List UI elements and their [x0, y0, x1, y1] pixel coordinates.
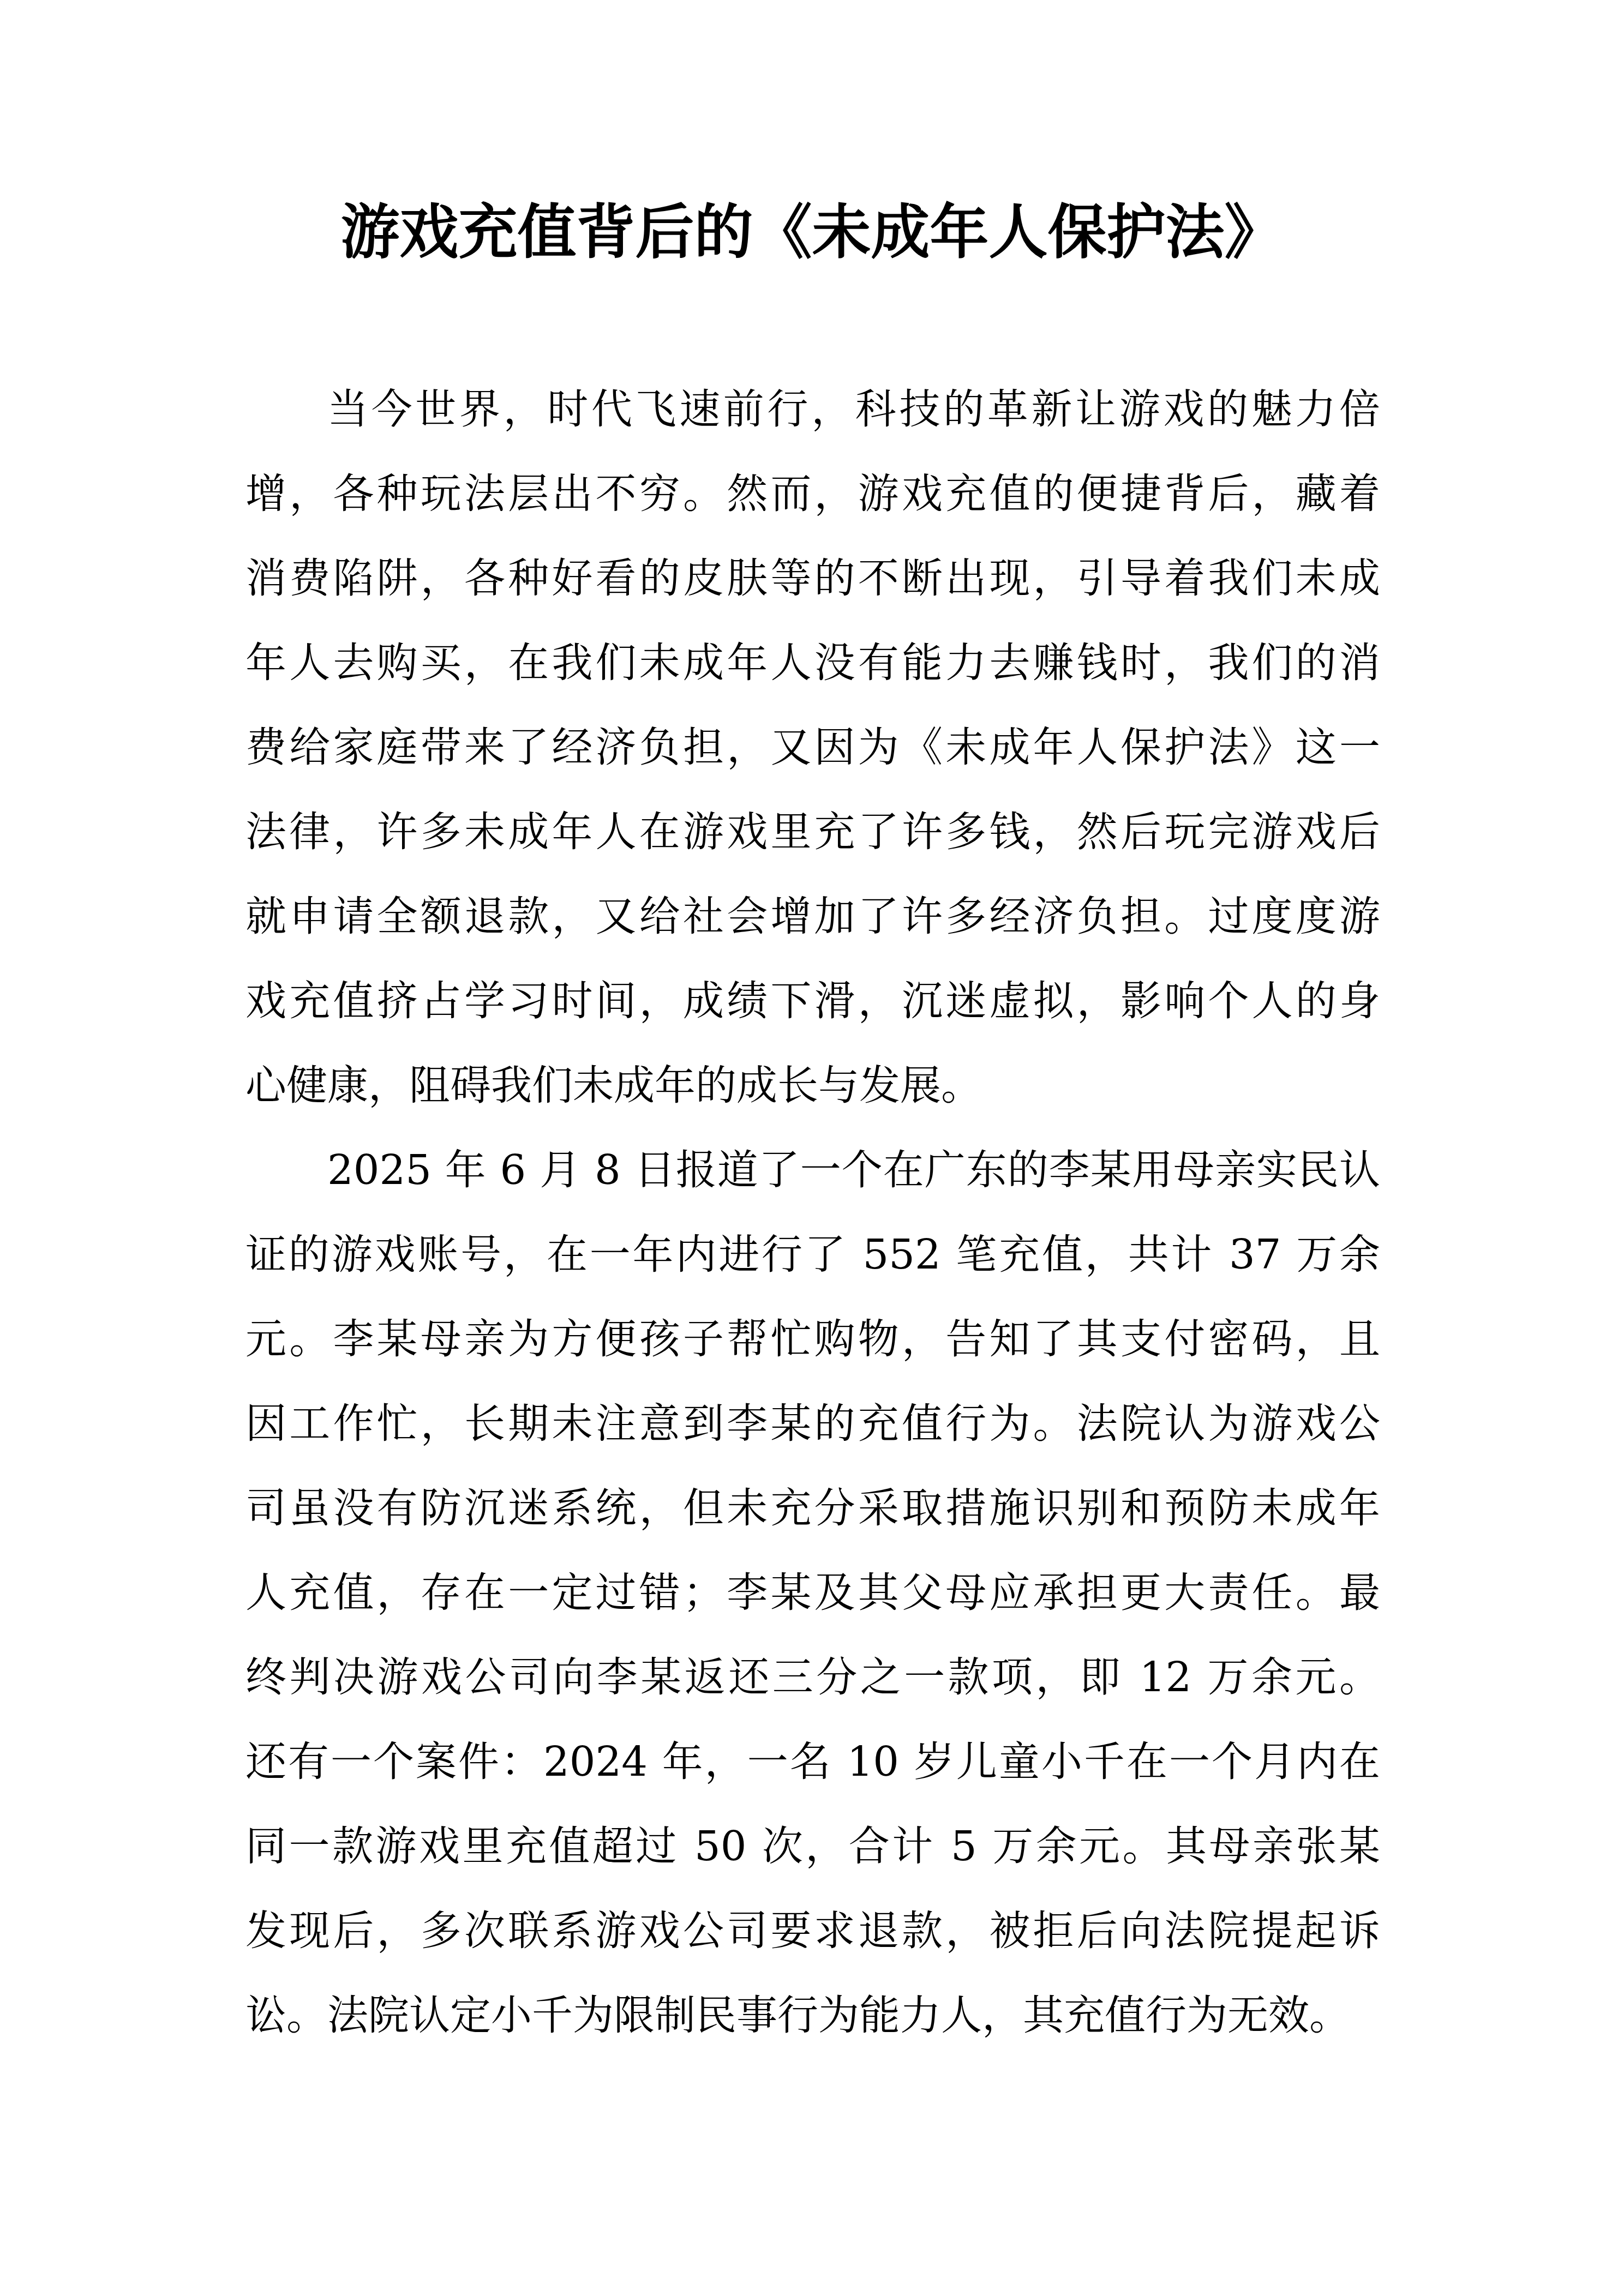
- text-line: 费给家庭带来了经济负担，又因为《未成年人保护法》这一: [245, 705, 1380, 790]
- text-line: 司虽没有防沉迷系统，但未充分采取措施识别和预防未成年: [245, 1466, 1380, 1550]
- text-line: 元。李某母亲为方便孩子帮忙购物，告知了其支付密码，且: [245, 1297, 1380, 1381]
- text-line: 证的游戏账号，在一年内进行了 552 笔充值，共计 37 万余: [245, 1212, 1380, 1297]
- text-line: 增，各种玩法层出不穷。然而，游戏充值的便捷背后，藏着: [245, 452, 1380, 536]
- text-line: 还有一个案件：2024 年，一名 10 岁儿童小千在一个月内在: [245, 1720, 1380, 1804]
- text-line: 心健康，阻碍我们未成年的成长与发展。: [245, 1043, 1380, 1128]
- text-line: 同一款游戏里充值超过 50 次，合计 5 万余元。其母亲张某: [245, 1804, 1380, 1889]
- text-line: 终判决游戏公司向李某返还三分之一款项，即 12 万余元。: [245, 1635, 1380, 1720]
- text-line: 当今世界，时代飞速前行，科技的革新让游戏的魅力倍: [245, 367, 1380, 452]
- document-page: 游戏充值背后的《未成年人保护法》 当今世界，时代飞速前行，科技的革新让游戏的魅力…: [0, 0, 1624, 2296]
- document-body: 当今世界，时代飞速前行，科技的革新让游戏的魅力倍增，各种玩法层出不穷。然而，游戏…: [245, 367, 1380, 2058]
- text-line: 年人去购买，在我们未成年人没有能力去赚钱时，我们的消: [245, 621, 1380, 705]
- text-line: 戏充值挤占学习时间，成绩下滑，沉迷虚拟，影响个人的身: [245, 959, 1380, 1043]
- text-line: 因工作忙，长期未注意到李某的充值行为。法院认为游戏公: [245, 1381, 1380, 1466]
- text-line: 讼。法院认定小千为限制民事行为能力人，其充值行为无效。: [245, 1973, 1380, 2058]
- text-line: 法律，许多未成年人在游戏里充了许多钱，然后玩完游戏后: [245, 790, 1380, 874]
- text-line: 2025 年 6 月 8 日报道了一个在广东的李某用母亲实民认: [245, 1128, 1380, 1212]
- text-line: 消费陷阱，各种好看的皮肤等的不断出现，引导着我们未成: [245, 536, 1380, 621]
- document-title: 游戏充值背后的《未成年人保护法》: [0, 197, 1624, 268]
- text-line: 人充值，存在一定过错；李某及其父母应承担更大责任。最: [245, 1550, 1380, 1635]
- text-line: 就申请全额退款，又给社会增加了许多经济负担。过度度游: [245, 874, 1380, 959]
- text-line: 发现后，多次联系游戏公司要求退款，被拒后向法院提起诉: [245, 1889, 1380, 1973]
